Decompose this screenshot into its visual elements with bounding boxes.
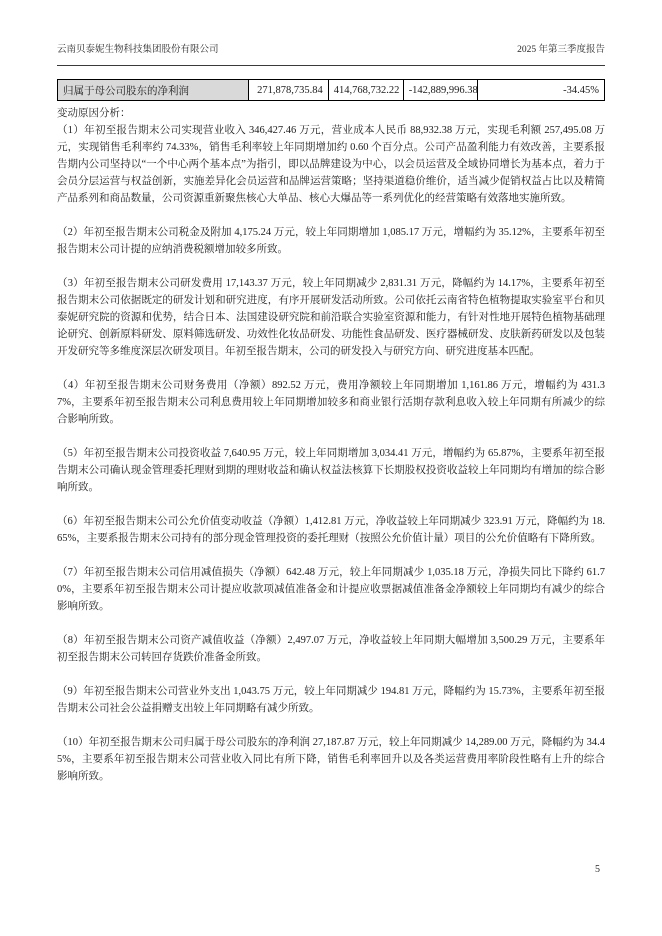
- analysis-paragraph-4: （4）年初至报告期末公司财务费用（净额）892.52 万元，费用净额较上年同期增…: [57, 377, 605, 428]
- analysis-paragraph-6: （6）年初至报告期末公司公允价值变动收益（净额）1,412.81 万元，净收益较…: [57, 513, 605, 547]
- report-title: 2025 年第三季度报告: [517, 44, 605, 57]
- page-number: 5: [595, 864, 600, 876]
- analysis-heading: 变动原因分析：: [57, 105, 605, 122]
- table-row: 归属于母公司股东的净利润 271,878,735.84 414,768,732.…: [58, 80, 605, 101]
- analysis-paragraph-7: （7）年初至报告期末公司信用减值损失（净额）642.48 万元，较上年同期减少 …: [57, 564, 605, 615]
- company-name: 云南贝泰妮生物科技集团股份有限公司: [57, 44, 219, 57]
- change-reason-analysis: 变动原因分析： （1）年初至报告期末公司实现营业收入 346,427.46 万元…: [57, 105, 605, 785]
- value-change-percent: -34.45%: [478, 80, 605, 101]
- page-header: 云南贝泰妮生物科技集团股份有限公司 2025 年第三季度报告: [57, 44, 605, 66]
- value-change-amount: -142,889,996.38: [403, 80, 477, 101]
- value-prior-period: 414,768,732.22: [328, 80, 403, 101]
- analysis-paragraph-2: （2）年初至报告期末公司税金及附加 4,175.24 万元，较上年同期增加 1,…: [57, 224, 605, 258]
- row-label-net-profit: 归属于母公司股东的净利润: [58, 80, 249, 101]
- analysis-paragraph-9: （9）年初至报告期末公司营业外支出 1,043.75 万元，较上年同期减少 19…: [57, 683, 605, 717]
- analysis-paragraph-3: （3）年初至报告期末公司研发费用 17,143.37 万元，较上年同期减少 2,…: [57, 275, 605, 360]
- analysis-paragraph-10: （10）年初至报告期末公司归属于母公司股东的净利润 27,187.87 万元，较…: [57, 734, 605, 785]
- analysis-paragraph-5: （5）年初至报告期末公司投资收益 7,640.95 万元，较上年同期增加 3,0…: [57, 445, 605, 496]
- value-current-period: 271,878,735.84: [248, 80, 328, 101]
- report-page: 云南贝泰妮生物科技集团股份有限公司 2025 年第三季度报告 归属于母公司股东的…: [0, 0, 662, 936]
- analysis-paragraph-8: （8）年初至报告期末公司资产减值收益（净额）2,497.07 万元，净收益较上年…: [57, 632, 605, 666]
- net-profit-table: 归属于母公司股东的净利润 271,878,735.84 414,768,732.…: [57, 79, 605, 101]
- analysis-paragraph-1: （1）年初至报告期末公司实现营业收入 346,427.46 万元，营业成本人民币…: [57, 122, 605, 207]
